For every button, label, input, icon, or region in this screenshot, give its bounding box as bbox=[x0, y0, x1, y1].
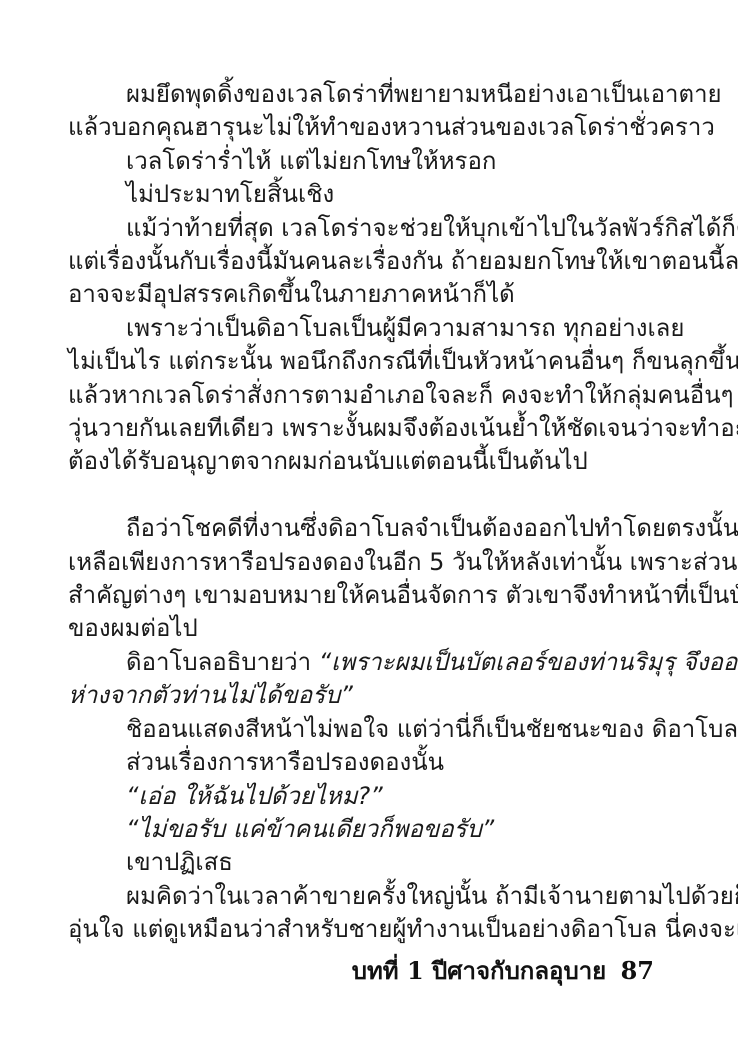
dialogue-text: “เพราะผมเป็นบัตเลอร์ของท่านริมุรุ จึงออก bbox=[319, 648, 738, 676]
page-number: 87 bbox=[621, 956, 654, 985]
text-line: ชิออนแสดงสีหน้าไม่พอใจ แต่ว่านี่ก็เป็นชั… bbox=[68, 713, 674, 746]
narrative-text: ไม่เป็นไร แต่กระนั้น พอนึกถึงกรณีที่เป็น… bbox=[68, 347, 738, 375]
narrative-text: สำคัญต่างๆ เขามอบหมายให้คนอื่นจัดการ ตัว… bbox=[68, 581, 738, 609]
narrative-text: แล้วบอกคุณฮารุนะไม่ให้ทำของหวานส่วนของเว… bbox=[68, 113, 715, 141]
text-line: ผมคิดว่าในเวลาค้าขายครั้งใหญ่นั้น ถ้ามีเ… bbox=[68, 880, 674, 913]
chapter-title: บทที่ 1 ปีศาจกับกลอุบาย bbox=[352, 956, 606, 985]
text-line: เพราะว่าเป็นดิอาโบลเป็นผู้มีความสามารถ ท… bbox=[68, 312, 674, 345]
text-line: “ไม่ขอรับ แค่ข้าคนเดียวก็พอขอรับ” bbox=[68, 813, 674, 846]
text-line: ไม่ประมาทโยสิ้นเชิง bbox=[68, 178, 674, 211]
narrative-text: อาจจะมีอุปสรรคเกิดขึ้นในภายภาคหน้าก็ได้ bbox=[68, 280, 515, 308]
text-line: แล้วหากเวลโดร่าสั่งการตามอำเภอใจละก็ คงจ… bbox=[68, 379, 674, 412]
text-line: ดิอาโบลอธิบายว่า “เพราะผมเป็นบัตเลอร์ของ… bbox=[68, 646, 674, 679]
narrative-text: อุ่นใจ แต่ดูเหมือนว่าสำหรับชายผู้ทำงานเป… bbox=[68, 915, 738, 943]
text-line: ของผมต่อไป bbox=[68, 612, 674, 645]
narrative-text: ส่วนเรื่องการหารือปรองดองนั้น bbox=[126, 748, 444, 776]
narrative-text: ไม่ประมาทโยสิ้นเชิง bbox=[126, 180, 334, 208]
narrative-text: แต่เรื่องนั้นกับเรื่องนี้มันคนละเรื่องกั… bbox=[68, 247, 738, 275]
text-line: อุ่นใจ แต่ดูเหมือนว่าสำหรับชายผู้ทำงานเป… bbox=[68, 913, 674, 946]
text-line: ส่วนเรื่องการหารือปรองดองนั้น bbox=[68, 746, 674, 779]
narrative-text: เพราะว่าเป็นดิอาโบลเป็นผู้มีความสามารถ ท… bbox=[126, 314, 684, 342]
text-line: เขาปฏิเสธ bbox=[68, 846, 674, 879]
narrative-text: ชิออนแสดงสีหน้าไม่พอใจ แต่ว่านี่ก็เป็นชั… bbox=[126, 715, 738, 743]
text-line: ห่างจากตัวท่านไม่ได้ขอรับ” bbox=[68, 679, 674, 712]
text-line: แต่เรื่องนั้นกับเรื่องนี้มันคนละเรื่องกั… bbox=[68, 245, 674, 278]
narrative-text: เขาปฏิเสธ bbox=[126, 848, 233, 876]
narrative-text: ของผมต่อไป bbox=[68, 614, 198, 642]
narrative-text: วุ่นวายกันเลยทีเดียว เพราะงั้นผมจึงต้องเ… bbox=[68, 414, 738, 442]
text-line: สำคัญต่างๆ เขามอบหมายให้คนอื่นจัดการ ตัว… bbox=[68, 579, 674, 612]
narrative-text: ผมคิดว่าในเวลาค้าขายครั้งใหญ่นั้น ถ้ามีเ… bbox=[126, 882, 738, 910]
narrative-text: ต้องได้รับอนุญาตจากผมก่อนนับแต่ตอนนี้เป็… bbox=[68, 447, 588, 475]
narrative-text: ถือว่าโชคดีที่งานซึ่งดิอาโบลจำเป็นต้องออ… bbox=[126, 514, 738, 542]
text-line: ผมยึดพุดดิ้งของเวลโดร่าที่พยายามหนีอย่าง… bbox=[68, 78, 674, 111]
page-footer: บทที่ 1 ปีศาจกับกลอุบาย 87 bbox=[352, 951, 654, 990]
narrative-text: เวลโดร่าร่ำไห้ แต่ไม่ยกโทษให้หรอก bbox=[126, 147, 496, 175]
page-text: ผมยึดพุดดิ้งของเวลโดร่าที่พยายามหนีอย่าง… bbox=[68, 78, 674, 947]
text-line: “เอ่อ ให้ฉันไปด้วยไหม?” bbox=[68, 780, 674, 813]
text-line: แล้วบอกคุณฮารุนะไม่ให้ทำของหวานส่วนของเว… bbox=[68, 111, 674, 144]
text-line: เหลือเพียงการหารือปรองดองในอีก 5 วันให้ห… bbox=[68, 546, 674, 579]
text-line: อาจจะมีอุปสรรคเกิดขึ้นในภายภาคหน้าก็ได้ bbox=[68, 278, 674, 311]
book-page: ผมยึดพุดดิ้งของเวลโดร่าที่พยายามหนีอย่าง… bbox=[0, 0, 738, 1051]
text-line: แม้ว่าท้ายที่สุด เวลโดร่าจะช่วยให้บุกเข้… bbox=[68, 212, 674, 245]
text-line: ไม่เป็นไร แต่กระนั้น พอนึกถึงกรณีที่เป็น… bbox=[68, 345, 674, 378]
text-line: ต้องได้รับอนุญาตจากผมก่อนนับแต่ตอนนี้เป็… bbox=[68, 445, 674, 478]
text-line: เวลโดร่าร่ำไห้ แต่ไม่ยกโทษให้หรอก bbox=[68, 145, 674, 178]
dialogue-text: “เอ่อ ให้ฉันไปด้วยไหม?” bbox=[126, 782, 383, 810]
dialogue-text: “ไม่ขอรับ แค่ข้าคนเดียวก็พอขอรับ” bbox=[126, 815, 494, 843]
narrative-text: ผมยึดพุดดิ้งของเวลโดร่าที่พยายามหนีอย่าง… bbox=[126, 80, 722, 108]
dialogue-text: ห่างจากตัวท่านไม่ได้ขอรับ” bbox=[68, 681, 353, 709]
text-line: ถือว่าโชคดีที่งานซึ่งดิอาโบลจำเป็นต้องออ… bbox=[68, 512, 674, 545]
text-line: วุ่นวายกันเลยทีเดียว เพราะงั้นผมจึงต้องเ… bbox=[68, 412, 674, 445]
narrative-text: แล้วหากเวลโดร่าสั่งการตามอำเภอใจละก็ คงจ… bbox=[68, 381, 738, 409]
narrative-text: ดิอาโบลอธิบายว่า bbox=[126, 648, 319, 676]
narrative-text: เหลือเพียงการหารือปรองดองในอีก 5 วันให้ห… bbox=[68, 548, 738, 576]
narrative-text: แม้ว่าท้ายที่สุด เวลโดร่าจะช่วยให้บุกเข้… bbox=[126, 214, 738, 242]
